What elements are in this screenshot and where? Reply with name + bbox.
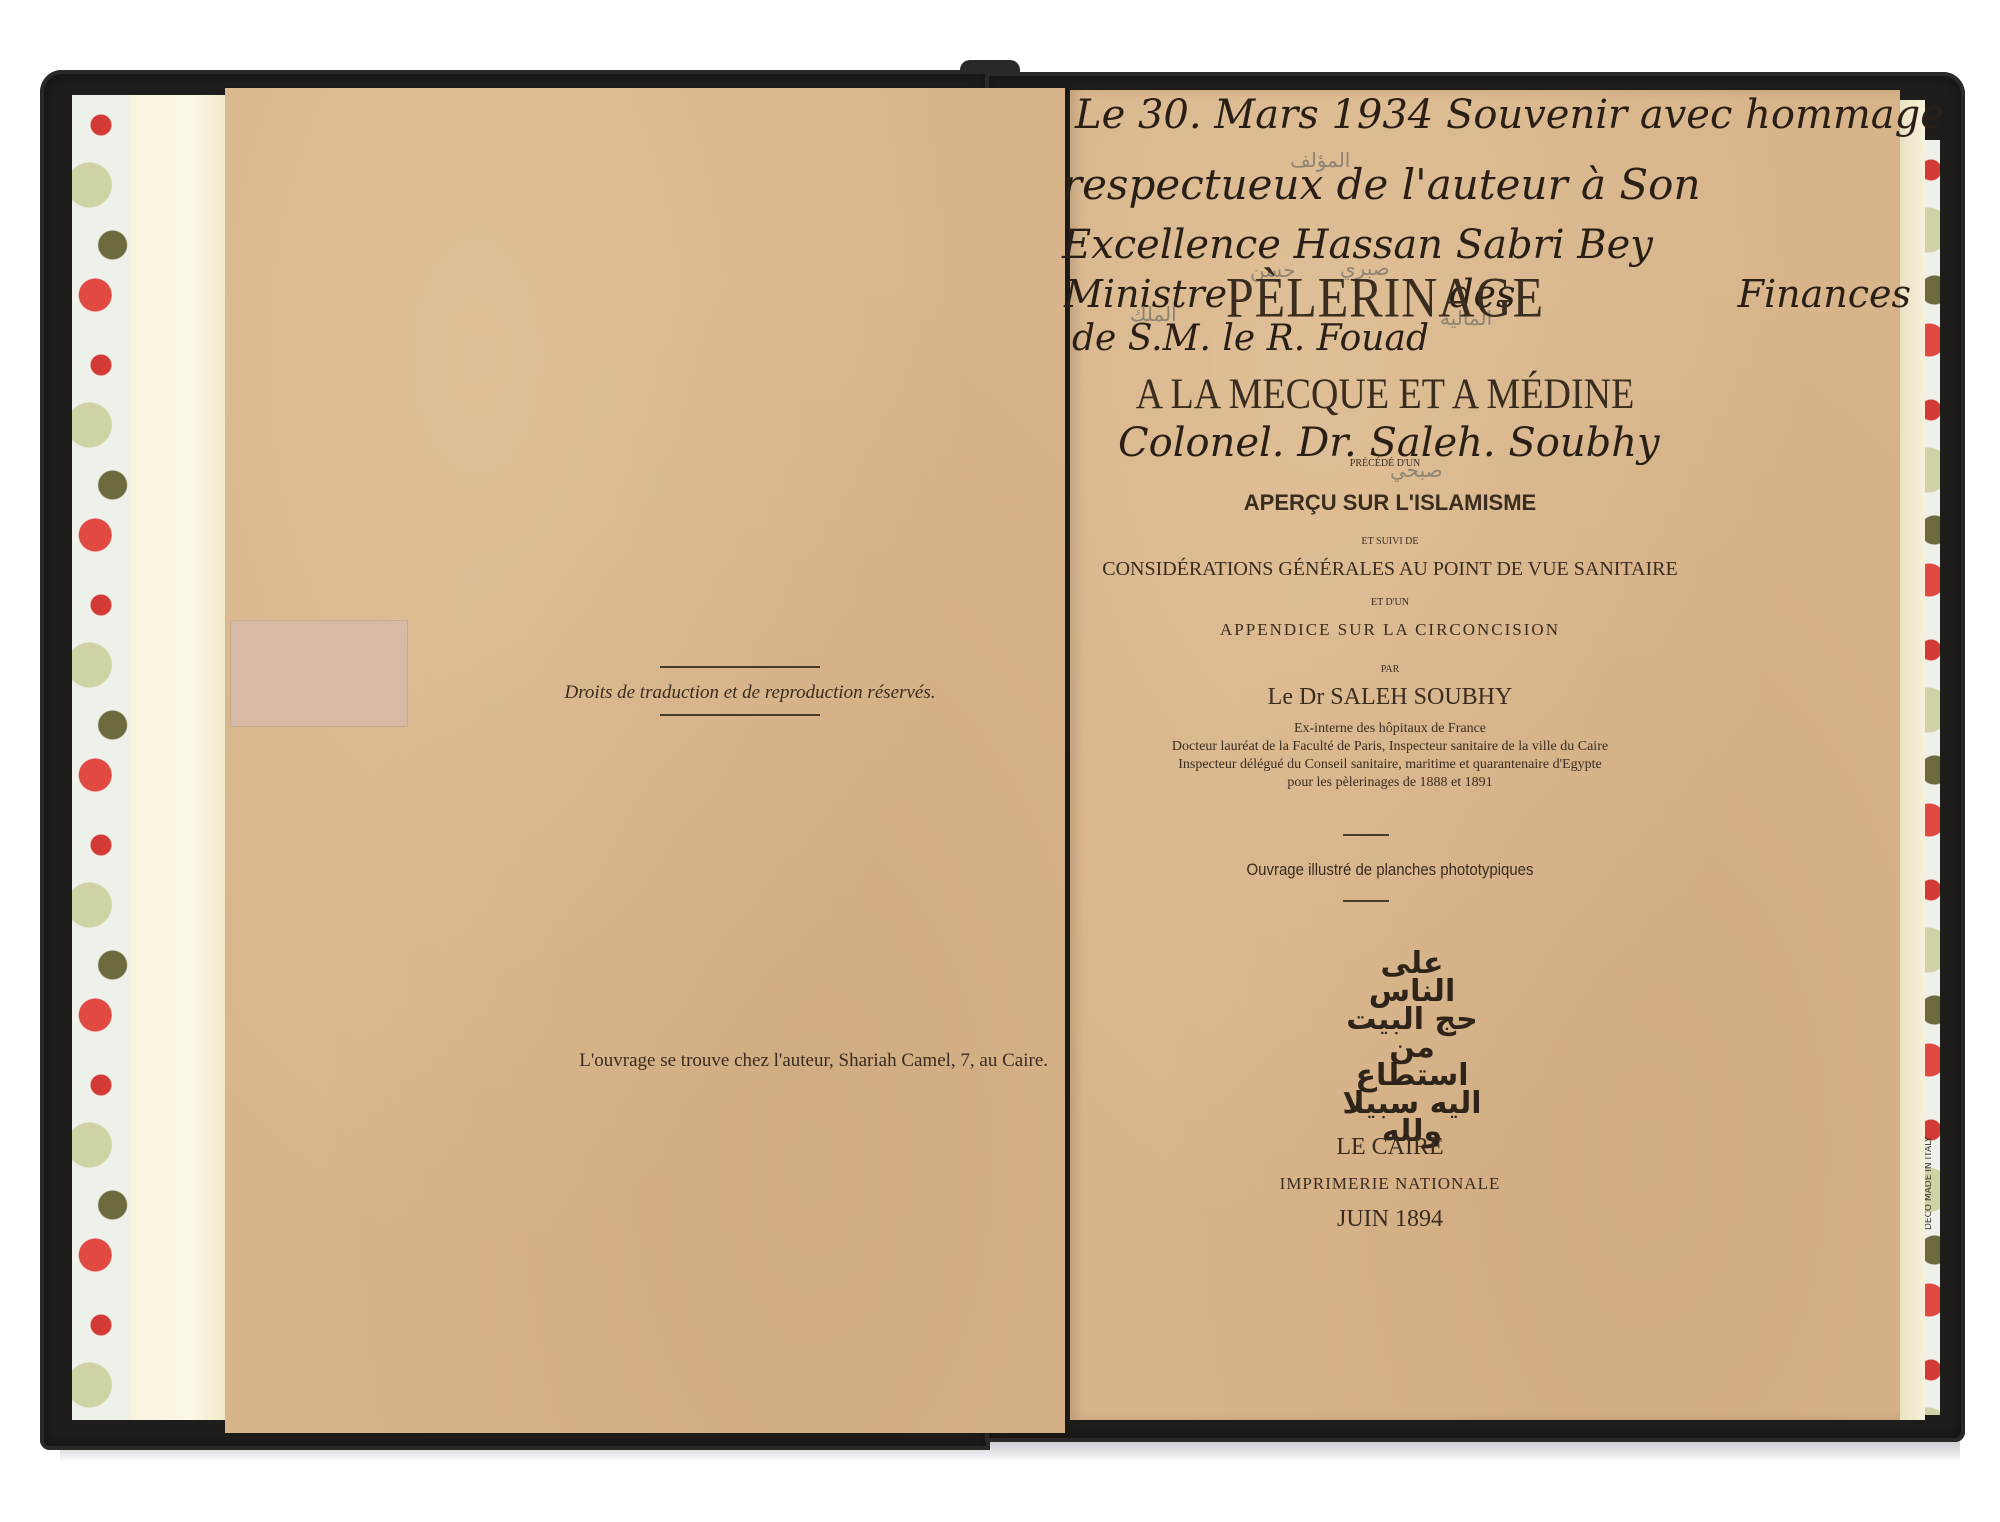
credential-line: Docteur lauréat de la Faculté de Paris, … [1120,739,1660,755]
author-name: Le Dr SALEH SOUBHY [1200,684,1580,711]
publication-city: LE CAIRE [1270,1134,1510,1161]
credential-line: Ex-interne des hôpitaux de France [1140,721,1640,737]
blank-flyleaf-left [130,95,230,1420]
and-one-label: ET D'UN [1330,597,1450,608]
rights-notice: Droits de traduction et de reproduction … [530,682,970,704]
marbled-endpaper-left [72,95,130,1420]
publication-date: JUIN 1894 [1270,1206,1510,1233]
printer-name: IMPRIMERIE NATIONALE [1220,1174,1560,1194]
arabic-calligraphy-seal: على الناس حج البيت من استطاع اليه سبيلا … [1342,950,1482,1080]
repair-tape [230,620,408,727]
left-page [225,88,1065,1433]
credential-line: pour les pèlerinages de 1888 et 1891 [1190,775,1590,791]
arabic-pencil-note: المؤلف [1290,148,1350,172]
illustration-note: Ouvrage illustré de planches phototypiqu… [1196,860,1583,880]
credential-line: Inspecteur délégué du Conseil sanitaire,… [1130,757,1650,773]
section-islamism: APERÇU SUR L'ISLAMISME [1180,490,1600,516]
availability-notice: L'ouvrage se trouve chez l'auteur, Shari… [448,1050,1048,1072]
endpaper-edge-label: DECO MADE IN ITALY [1924,1080,1938,1230]
by-label: PAR [1360,664,1420,675]
section-circumcision: APPENDICE SUR LA CIRCONCISION [1160,620,1620,640]
section-sanitary: CONSIDÉRATIONS GÉNÉRALES AU POINT DE VUE… [1100,558,1680,581]
inscription-line-2: respectueux de l'auteur à Son [1062,160,1701,209]
inscription-line-1: Le 30. Mars 1934 Souvenir avec hommage [1075,92,1944,138]
divider-bottom-left [660,714,820,716]
followed-by-label: ET SUIVI DE [1320,536,1460,547]
divider-upper [1343,834,1389,836]
book-title: PÈLERINAGE [1145,264,1625,331]
divider-lower [1343,900,1389,902]
book-subtitle: A LA MECQUE ET A MÉDINE [1095,369,1675,420]
divider-top-left [660,666,820,668]
preceded-by-label: PRÉCÉDÉ D'UN [1270,458,1500,469]
